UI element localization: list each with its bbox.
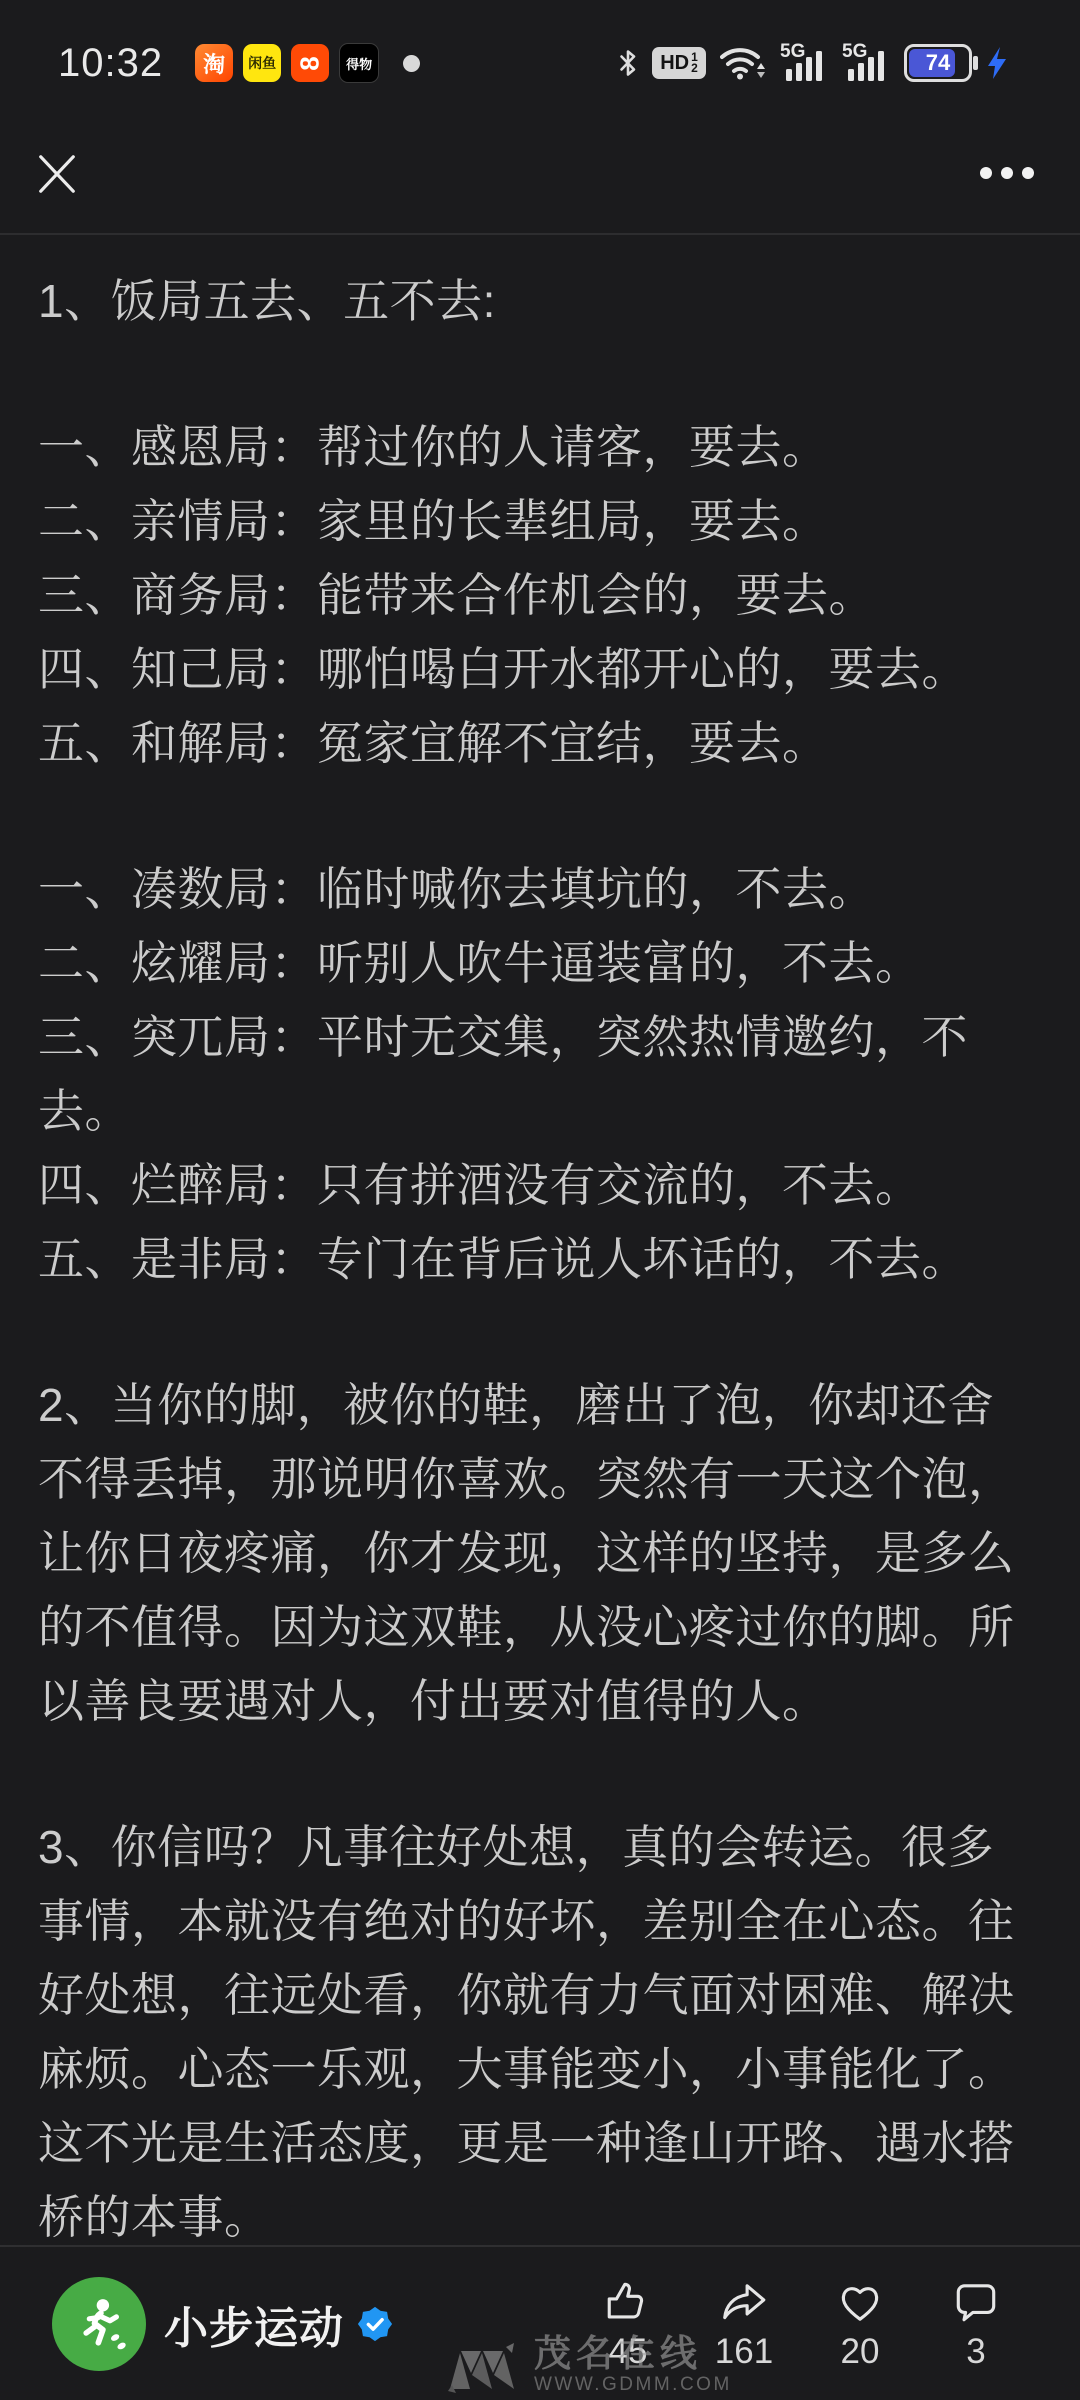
kuaishou-glyph: 8 — [295, 56, 326, 70]
text-line: 一、感恩局：帮过你的人请客，要去。 — [38, 410, 1050, 484]
more-options-button[interactable] — [980, 158, 1034, 188]
text-line: 四、烂醉局：只有拼酒没有交流的，不去。 — [38, 1148, 1050, 1222]
action-bar: 45 161 20 3 — [600, 2277, 1004, 2371]
text-line: 三、商务局：能带来合作机会的，要去。 — [38, 558, 1050, 632]
phone-screen: 10:32 淘 闲鱼 8 得物 HD 1 2 — [0, 0, 1080, 2400]
paragraph: 一、感恩局：帮过你的人请客，要去。二、亲情局：家里的长辈组局，要去。三、商务局：… — [38, 410, 1050, 780]
notification-dot-icon — [403, 55, 420, 72]
text-line: 麻烦。心态一乐观，大事能变小，小事能化了。 — [38, 2032, 1050, 2106]
hd-label: HD — [660, 52, 689, 75]
text-line: 五、是非局：专门在背后说人坏话的，不去。 — [38, 1222, 1050, 1296]
text-line: 3、你信吗？凡事往好处想，真的会转运。很多 — [38, 1810, 1050, 1884]
text-line: 去。 — [38, 1074, 1050, 1148]
text-line: 不得丢掉，那说明你喜欢。突然有一天这个泡， — [38, 1442, 1050, 1516]
hd-sim2: 2 — [691, 63, 698, 74]
runner-icon — [68, 2293, 130, 2355]
taobao-app-icon: 淘 — [195, 44, 233, 82]
battery-indicator: 74 — [904, 44, 972, 82]
dewu-app-icon: 得物 — [339, 43, 379, 83]
bluetooth-icon — [618, 48, 638, 78]
charging-bolt-icon — [986, 47, 1008, 79]
text-line: 三、突兀局：平时无交集，突然热情邀约，不 — [38, 1000, 1050, 1074]
text-line: 二、亲情局：家里的长辈组局，要去。 — [38, 484, 1050, 558]
more-dot-icon — [980, 167, 992, 179]
dewu-glyph: 得物 — [346, 54, 372, 73]
text-line: 的不值得。因为这双鞋，从没心疼过你的脚。所 — [38, 1590, 1050, 1664]
verified-badge-icon — [356, 2305, 394, 2343]
paragraph: 2、当你的脚，被你的鞋，磨出了泡，你却还舍不得丢掉，那说明你喜欢。突然有一天这个… — [38, 1368, 1050, 1738]
paragraph: 1、饭局五去、五不去: — [38, 264, 1050, 338]
xianyu-app-icon: 闲鱼 — [243, 44, 281, 82]
xianyu-glyph: 闲鱼 — [248, 53, 276, 73]
clock: 10:32 — [58, 41, 163, 86]
text-line: 1、饭局五去、五不去: — [38, 264, 1050, 338]
avatar[interactable] — [52, 2277, 146, 2371]
close-button[interactable] — [34, 151, 80, 197]
text-line: 二、炫耀局：听别人吹牛逼装富的，不去。 — [38, 926, 1050, 1000]
text-line: 好处想，往远处看，你就有力气面对困难、解决 — [38, 1958, 1050, 2032]
notification-icons: 淘 闲鱼 8 得物 — [195, 43, 420, 83]
status-indicators: HD 1 2 5G 5G — [618, 43, 1008, 83]
signal-sim2-icon: 5G — [842, 43, 890, 83]
text-line: 这不光是生活态度，更是一种逢山开路、遇水搭 — [38, 2106, 1050, 2180]
comment-button[interactable]: 3 — [948, 2277, 1004, 2371]
close-icon — [36, 153, 78, 195]
footer-bar: 小步运动 45 161 — [0, 2245, 1080, 2400]
wifi-icon — [720, 46, 766, 80]
like-button[interactable]: 45 — [600, 2277, 656, 2371]
share-button[interactable]: 161 — [716, 2277, 772, 2371]
username[interactable]: 小步运动 — [164, 2292, 344, 2356]
text-line: 五、和解局：冤家宜解不宜结，要去。 — [38, 706, 1050, 780]
signal-sim1-icon: 5G — [780, 43, 828, 83]
battery-nub — [973, 56, 978, 70]
text-line: 一、凑数局：临时喊你去填坑的，不去。 — [38, 852, 1050, 926]
kuaishou-app-icon: 8 — [291, 44, 329, 82]
comment-bubble-icon — [951, 2277, 1001, 2327]
text-line: 以善良要遇对人，付出要对值得的人。 — [38, 1664, 1050, 1738]
favorite-count: 20 — [841, 2333, 880, 2371]
more-dot-icon — [1001, 167, 1013, 179]
paragraph: 一、凑数局：临时喊你去填坑的，不去。二、炫耀局：听别人吹牛逼装富的，不去。三、突… — [38, 852, 1050, 1296]
thumbs-up-icon — [603, 2277, 653, 2327]
more-dot-icon — [1022, 167, 1034, 179]
comment-count: 3 — [966, 2333, 985, 2371]
post-text[interactable]: 1、饭局五去、五不去:一、感恩局：帮过你的人请客，要去。二、亲情局：家里的长辈组… — [38, 235, 1050, 2254]
text-line: 事情，本就没有绝对的好坏，差别全在心态。往 — [38, 1884, 1050, 1958]
paragraph: 3、你信吗？凡事往好处想，真的会转运。很多事情，本就没有绝对的好坏，差别全在心态… — [38, 1810, 1050, 2254]
share-count: 161 — [715, 2333, 773, 2371]
battery-percent: 74 — [907, 47, 969, 79]
share-arrow-icon — [719, 2277, 769, 2327]
taobao-glyph: 淘 — [203, 48, 225, 79]
status-bar: 10:32 淘 闲鱼 8 得物 HD 1 2 — [0, 0, 1080, 100]
text-line: 2、当你的脚，被你的鞋，磨出了泡，你却还舍 — [38, 1368, 1050, 1442]
text-line: 桥的本事。 — [38, 2180, 1050, 2254]
text-line: 让你日夜疼痛，你才发现，这样的坚持，是多么 — [38, 1516, 1050, 1590]
like-count: 45 — [609, 2333, 648, 2371]
text-line: 四、知己局：哪怕喝白开水都开心的，要去。 — [38, 632, 1050, 706]
favorite-button[interactable]: 20 — [832, 2277, 888, 2371]
heart-icon — [835, 2277, 885, 2327]
volte-hd-icon: HD 1 2 — [652, 47, 706, 79]
